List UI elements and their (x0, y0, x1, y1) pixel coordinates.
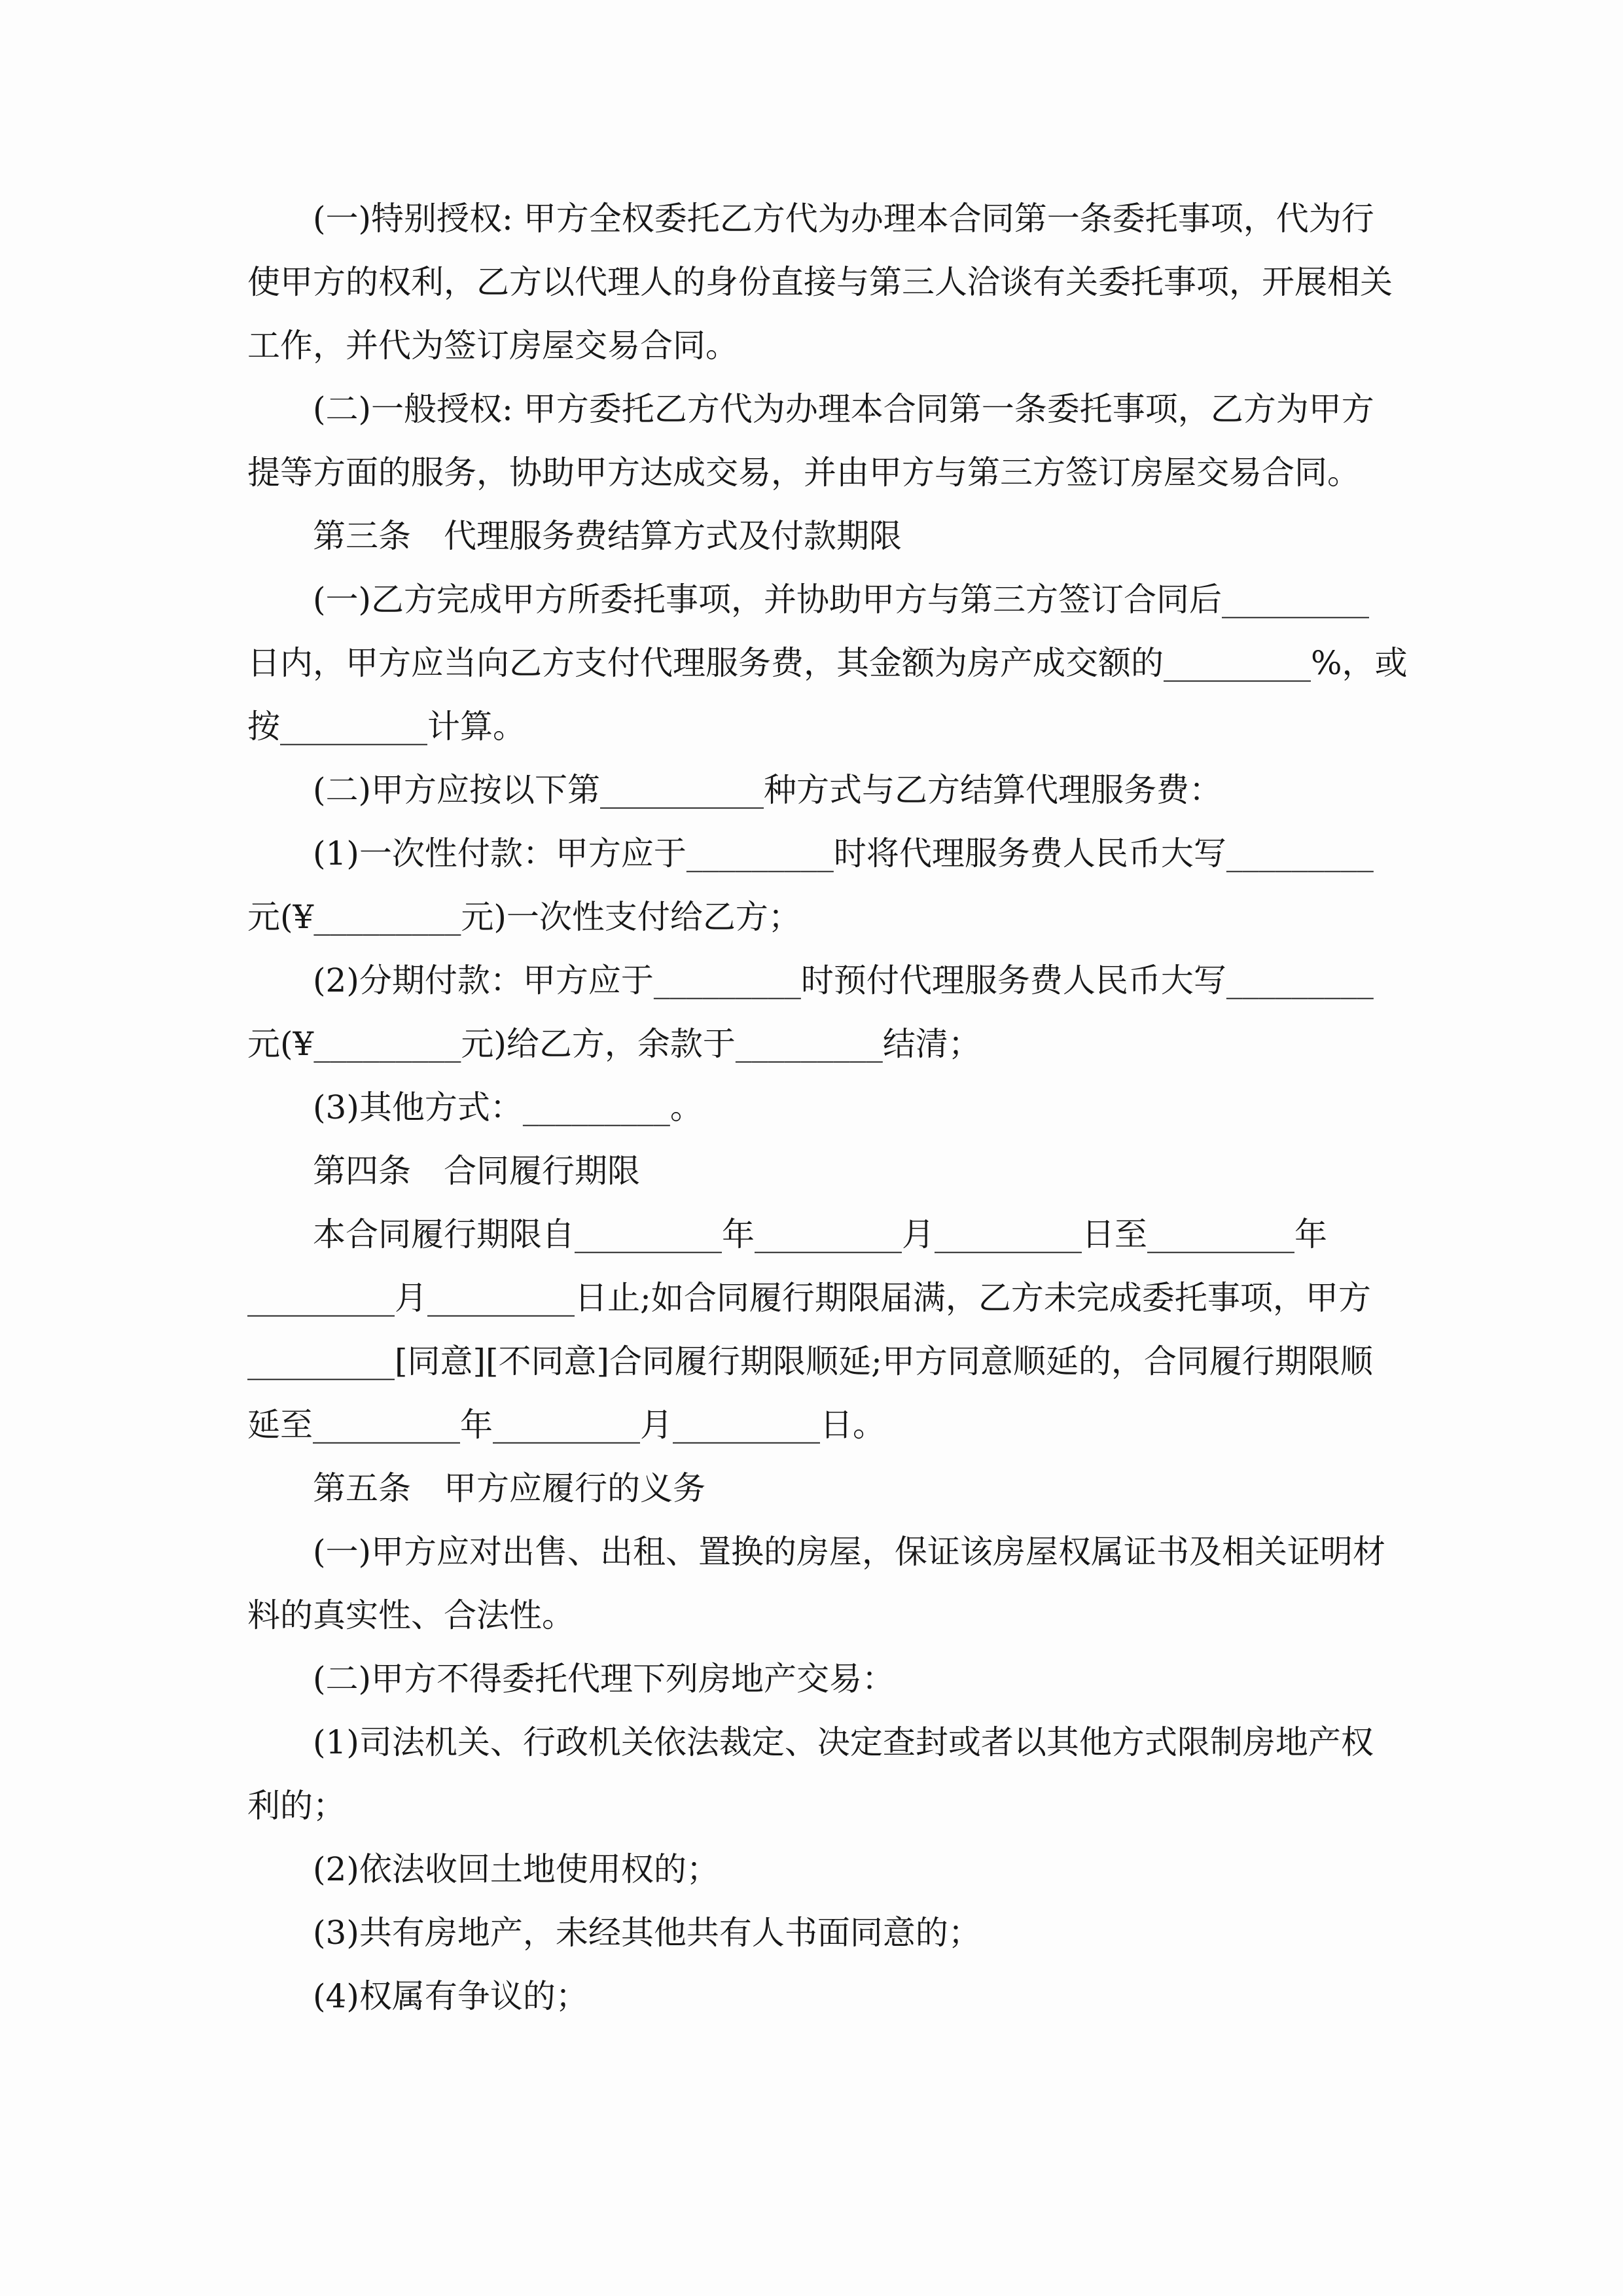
text-line: 提等方面的服务，协助甲方达成交易，并由甲方与第三方签订房屋交易合同。 (247, 441, 1400, 505)
text-line: 元(¥_________元)一次性支付给乙方； (247, 886, 1400, 949)
text-line: (2)分期付款：甲方应于_________时预付代理服务费人民币大写______… (247, 949, 1400, 1013)
text-line: (1)司法机关、行政机关依法裁定、决定查封或者以其他方式限制房地产权 (247, 1711, 1400, 1774)
text-line: (一)乙方完成甲方所委托事项，并协助甲方与第三方签订合同后_________ (247, 568, 1400, 632)
section-heading: 第三条 代理服务费结算方式及付款期限 (247, 505, 1400, 568)
text-line: 按_________计算。 (247, 695, 1400, 759)
text-line: (一)甲方应对出售、出租、置换的房屋，保证该房屋权属证书及相关证明材 (247, 1520, 1400, 1584)
section-heading: 第五条 甲方应履行的义务 (247, 1457, 1400, 1520)
text-line: (二)甲方不得委托代理下列房地产交易： (247, 1647, 1400, 1711)
text-line: (2)依法收回土地使用权的； (247, 1838, 1400, 1901)
text-line: (3)共有房地产，未经其他共有人书面同意的； (247, 1901, 1400, 1965)
text-line: 利的； (247, 1774, 1400, 1838)
text-line: 工作，并代为签订房屋交易合同。 (247, 314, 1400, 378)
section-heading: 第四条 合同履行期限 (247, 1139, 1400, 1203)
text-line: (一)特别授权: 甲方全权委托乙方代为办理本合同第一条委托事项，代为行 (247, 187, 1400, 251)
text-line: 料的真实性、合法性。 (247, 1584, 1400, 1647)
text-line: 延至_________年_________月_________日。 (247, 1393, 1400, 1457)
text-line: (1)一次性付款：甲方应于_________时将代理服务费人民币大写______… (247, 822, 1400, 886)
contract-page: (一)特别授权: 甲方全权委托乙方代为办理本合同第一条委托事项，代为行使甲方的权… (0, 0, 1623, 2296)
text-line: _________[同意][不同意]合同履行期限顺延;甲方同意顺延的，合同履行期… (247, 1330, 1400, 1393)
text-line: (二)甲方应按以下第__________种方式与乙方结算代理服务费： (247, 759, 1400, 822)
text-line: _________月_________日止;如合同履行期限届满，乙方未完成委托事… (247, 1266, 1400, 1330)
document-body: (一)特别授权: 甲方全权委托乙方代为办理本合同第一条委托事项，代为行使甲方的权… (247, 187, 1400, 2028)
text-line: (二)一般授权: 甲方委托乙方代为办理本合同第一条委托事项，乙方为甲方 (247, 378, 1400, 441)
text-line: (3)其他方式：_________。 (247, 1076, 1400, 1139)
text-line: 日内，甲方应当向乙方支付代理服务费，其金额为房产成交额的_________%，或 (247, 632, 1400, 695)
text-line: (4)权属有争议的； (247, 1965, 1400, 2028)
text-line: 本合同履行期限自_________年_________月_________日至_… (247, 1203, 1400, 1266)
text-line: 使甲方的权利，乙方以代理人的身份直接与第三人洽谈有关委托事项，开展相关 (247, 251, 1400, 314)
text-line: 元(¥_________元)给乙方，余款于_________结清； (247, 1013, 1400, 1076)
